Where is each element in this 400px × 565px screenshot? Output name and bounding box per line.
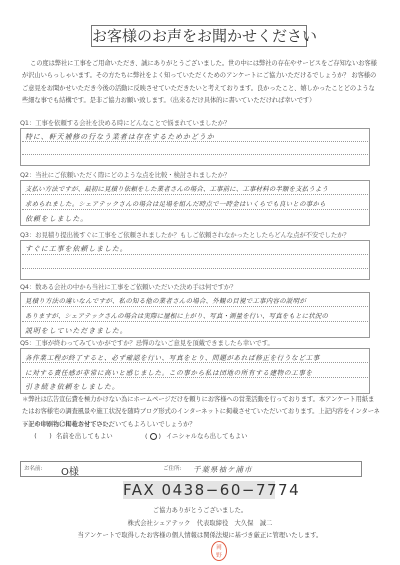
answer-line <box>22 209 368 210</box>
page-title: お客様のお声をお聞かせください <box>91 25 307 47</box>
answer-text: 各作業工程が終了すると、必ず確認を行い、写真をとり、問題があれば修正を行うなど工… <box>25 352 320 362</box>
answer-text: に対する責任感が非常に高いと感じました。この事から私は団地の所有する建物の工事を <box>25 367 313 377</box>
question-4-answer-box: 見積り方法の違いなんですが、私の知る他の業者さんの場合、外観の目視で工事内容の説… <box>20 292 370 338</box>
question-4-label: Q4：数ある会社の中から当社に工事をご依頼いただいた決め手は何ですか？ <box>20 282 237 291</box>
stamp-text-bottom: 野 <box>212 552 226 560</box>
answer-text: 求められました。シェアテックさんの場合は足場を組んだ時点で一時金はいくらでも良い… <box>25 199 326 208</box>
address-label: ご住所: <box>163 464 181 472</box>
answer-line <box>22 154 368 155</box>
option-checkbox-empty[interactable]: ( ) <box>30 431 56 440</box>
answer-text: 支払い方法ですが、最初に見積り依頼をした業者さんの場合、工事前に、工事材料の半額… <box>25 184 328 193</box>
answer-line <box>22 321 368 322</box>
answer-text: 説明をしていただきました。 <box>25 326 128 336</box>
answer-line <box>22 194 368 195</box>
question-2-label: Q2：当社にご依頼いただく際にどのような点を比較・検討されましたか？ <box>20 170 230 179</box>
answer-text: 依頼をしました。 <box>25 214 88 224</box>
answer-text: すぐに工事を依頼しました。 <box>25 244 128 254</box>
privacy-notice: 当アンケートで取得したお客様の個人情報は関係法規に基づき厳正に管理いたします。 <box>0 530 400 539</box>
fax-number: FAX 0438−60−7774 <box>123 481 275 499</box>
question-1-label: Q1：工事を依頼する会社を決める時にどんなことで悩まれていましたか？ <box>20 118 230 127</box>
question-5-label: Q5：工事が終わってみていかがですか？忌憚のないご意見を頂戴できましたら幸いです… <box>20 338 274 347</box>
answer-line <box>22 254 368 255</box>
option-label: 名前を出してもよい <box>56 433 113 440</box>
stamp-text-top: 岡 <box>212 544 226 552</box>
question-5-answer-box: 各作業工程が終了すると、必ず確認を行い、写真をとり、問題があれば修正を行うなど工… <box>20 348 370 394</box>
contact-info-box: お名前: O様 ご住所: 千葉県袖ケ浦市 <box>20 461 362 477</box>
instruction-text: 下記の中から〇印をお付下さい。 <box>22 419 380 431</box>
answer-text: 見積り方法の違いなんですが、私の知る他の業者さんの場合、外観の目視で工事内容の説… <box>25 296 306 305</box>
name-field[interactable]: O様 <box>61 463 79 478</box>
answer-text: 引き続き依頼をしました。 <box>25 382 120 392</box>
option-checkbox-selected[interactable]: ( ) <box>140 433 166 441</box>
seal-stamp-icon: 岡 野 <box>211 541 227 561</box>
thanks-text: ご協力ありがとうございました。 <box>0 505 400 514</box>
question-1-answer-box: 特に、軒天補修の行なう業者は存在するためかどうか <box>20 128 370 166</box>
company-signature: 株式会社シェアテック 代表取締役 大久保 誠二 <box>0 518 400 527</box>
answer-line <box>22 268 368 269</box>
intro-text: この度は弊社に工事をご用命いただき、誠にありがとうございました。世の中には弊社の… <box>22 58 380 108</box>
answer-line <box>22 306 368 307</box>
name-label: お名前: <box>24 464 42 472</box>
address-field[interactable]: 千葉県袖ケ浦市 <box>193 464 253 475</box>
answer-text: ありますが、シェアテックさんの場合は実際に屋根に上がり、写真・測量を行い、写真を… <box>25 311 328 320</box>
answer-text: 特に、軒天補修の行なう業者は存在するためかどうか <box>25 132 215 142</box>
answer-line <box>22 362 368 363</box>
question-2-answer-box: 支払い方法ですが、最初に見積り依頼をした業者さんの場合、工事前に、工事材料の半額… <box>20 180 370 226</box>
circle-mark-icon <box>150 433 157 440</box>
option-initials-ok[interactable]: ( )イニシャルなら出してもよい <box>140 431 247 440</box>
question-3-answer-box: すぐに工事を依頼しました。 <box>20 240 370 280</box>
option-label: イニシャルなら出してもよい <box>166 433 247 440</box>
question-3-label: Q3：お見積り提出後すぐに工事をご依頼されましたか？もしご依頼されなかったとした… <box>20 230 350 239</box>
option-name-ok[interactable]: ( )名前を出してもよい <box>30 431 113 440</box>
answer-line <box>22 377 368 378</box>
